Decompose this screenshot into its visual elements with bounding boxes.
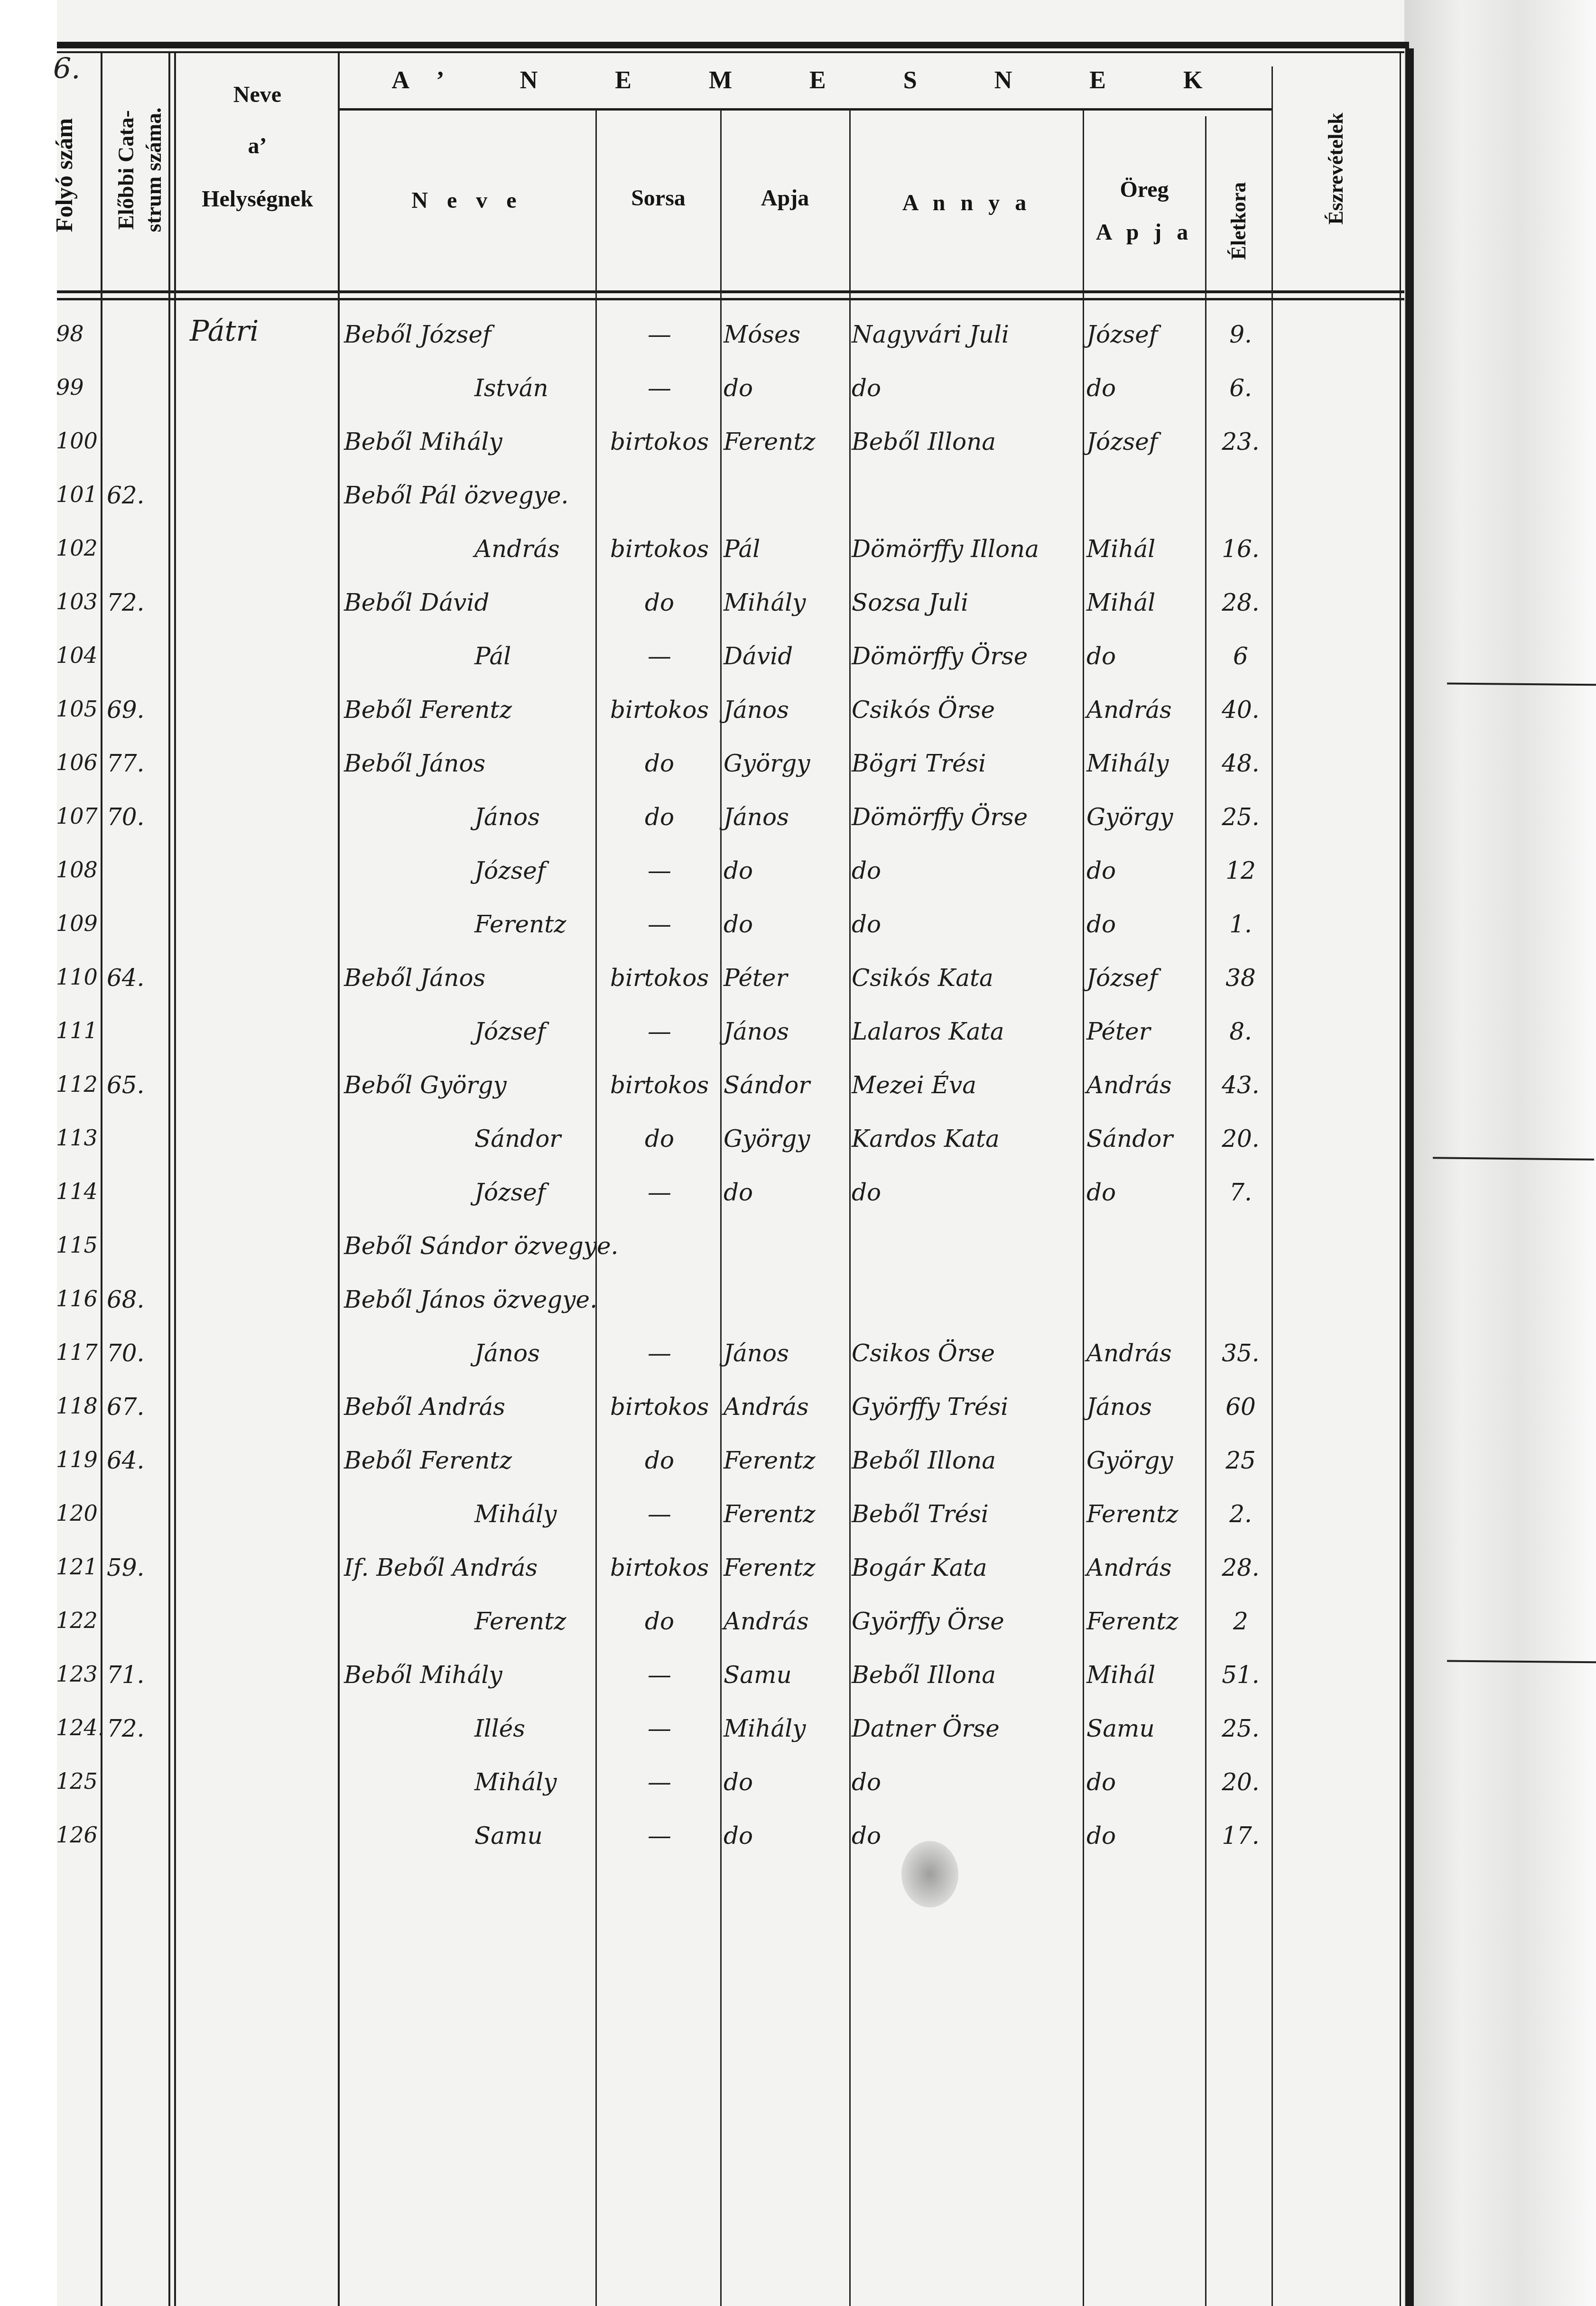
cell-annya: Beből Illona <box>852 1449 996 1472</box>
cell-apja: Samu <box>724 1663 792 1687</box>
cell-oreg-apja: György <box>1086 805 1173 829</box>
cell-oreg-apja: András <box>1086 1341 1172 1365</box>
cell-oreg-apja: János <box>1086 1395 1152 1419</box>
cell-eletkor: 6. <box>1212 376 1269 400</box>
cell-annya: Bögri Trési <box>852 752 986 775</box>
col-rule-folyo <box>101 53 102 2306</box>
cell-folyo-szam: 114 <box>56 1181 98 1202</box>
col-rule-sorsa <box>720 109 722 2306</box>
cell-annya: do <box>852 1770 881 1794</box>
cell-folyo-szam: 126 <box>56 1824 98 1846</box>
cell-annya: Csikós Örse <box>852 698 995 722</box>
cell-sorsa: do <box>600 1127 719 1151</box>
cell-catastrum: 77. <box>107 752 145 775</box>
cell-sorsa: do <box>600 1449 719 1472</box>
header-folyo-szam: Folyó szám <box>50 97 78 253</box>
cell-neve: Beből János <box>344 966 485 990</box>
cell-apja: János <box>724 805 789 829</box>
cell-eletkor: 25. <box>1212 805 1269 829</box>
header-eletkora: Életkora <box>1226 159 1251 283</box>
cell-folyo-szam: 109 <box>56 912 98 934</box>
col-rule-apja <box>849 109 851 2306</box>
cell-folyo-szam: 111 <box>56 1020 98 1041</box>
cell-neve: Beből Mihály <box>344 430 502 454</box>
cell-sorsa: — <box>600 1717 719 1740</box>
cell-sorsa: do <box>600 805 719 829</box>
cell-oreg-apja: Mihály <box>1086 752 1169 775</box>
cell-eletkor: 28. <box>1212 1556 1269 1580</box>
cell-catastrum: 70. <box>107 805 145 829</box>
cell-oreg-apja: Sándor <box>1086 1127 1173 1151</box>
cell-neve: Ferentz <box>474 912 566 936</box>
col-rule-neve <box>595 109 597 2306</box>
cell-eletkor: 20. <box>1212 1770 1269 1794</box>
page-number: 6. <box>53 52 80 85</box>
cell-sorsa: — <box>600 1181 719 1204</box>
cell-neve: Mihály <box>474 1770 557 1794</box>
cell-apja: Dávid <box>724 644 793 668</box>
cell-neve: Beből György <box>344 1073 507 1097</box>
cell-annya: Györffy Trési <box>852 1395 1008 1419</box>
cell-neve: Beből János özvegye. <box>344 1288 597 1311</box>
ink-smudge <box>901 1841 958 1907</box>
cell-annya: Györffy Örse <box>852 1609 1004 1633</box>
header-group-title: A’ N E M E S N E K <box>361 66 1262 94</box>
cell-apja: do <box>724 376 753 400</box>
header-helyseg-a: a’ <box>178 133 337 159</box>
cell-sorsa: birtokos <box>600 537 719 561</box>
cell-apja: do <box>724 859 753 883</box>
cell-eletkor: 51. <box>1212 1663 1269 1687</box>
cell-eletkor: 9. <box>1212 323 1269 346</box>
cell-folyo-szam: 102 <box>56 537 98 559</box>
cell-apja: Ferentz <box>724 1449 816 1472</box>
cell-sorsa: do <box>600 1609 719 1633</box>
frame-right-thin <box>1400 53 1401 2306</box>
cell-apja: János <box>724 1341 789 1365</box>
cell-sorsa: — <box>600 1824 719 1848</box>
cell-folyo-szam: 108 <box>56 859 98 881</box>
cell-neve: János <box>474 805 540 829</box>
cell-apja: Pál <box>724 537 760 561</box>
cell-sorsa: — <box>600 912 719 936</box>
cell-eletkor: 7. <box>1212 1181 1269 1204</box>
cell-sorsa: birtokos <box>600 966 719 990</box>
cell-sorsa: — <box>600 1770 719 1794</box>
cell-apja: do <box>724 912 753 936</box>
cell-sorsa: birtokos <box>600 1395 719 1419</box>
cell-annya: Lalaros Kata <box>852 1020 1004 1043</box>
cell-annya: Sozsa Juli <box>852 591 968 614</box>
cell-sorsa: — <box>600 376 719 400</box>
cell-folyo-szam: 124. <box>56 1717 104 1739</box>
cell-annya: Csikos Örse <box>852 1341 995 1365</box>
cell-apja: Ferentz <box>724 430 816 454</box>
cell-annya: Dömörffy Örse <box>852 805 1028 829</box>
cell-annya: Mezei Éva <box>852 1073 976 1097</box>
cell-eletkor: 60 <box>1212 1395 1269 1419</box>
cell-catastrum: 68. <box>107 1288 145 1311</box>
frame-right <box>1405 48 1414 2306</box>
cell-folyo-szam: 100 <box>56 430 98 452</box>
header-eszrevetelek: Észrevételek <box>1324 74 1348 264</box>
frame-top <box>57 42 1409 48</box>
cell-catastrum: 64. <box>107 1449 145 1472</box>
cell-sorsa: birtokos <box>600 1556 719 1580</box>
cell-apja: Ferentz <box>724 1556 816 1580</box>
cell-sorsa: do <box>600 591 719 614</box>
cell-neve: János <box>474 1341 540 1365</box>
header-oreg: Öreg <box>1085 177 1204 203</box>
cell-folyo-szam: 121 <box>56 1556 98 1578</box>
cell-apja: do <box>724 1181 753 1204</box>
cell-apja: András <box>724 1395 809 1419</box>
cell-neve: József <box>474 859 546 883</box>
cell-apja: Péter <box>724 966 788 990</box>
cell-folyo-szam: 99 <box>56 376 84 398</box>
header-sorsa: Sorsa <box>598 185 719 211</box>
cell-annya: Dömörffy Örse <box>852 644 1028 668</box>
cell-apja: András <box>724 1609 809 1633</box>
cell-folyo-szam: 115 <box>56 1234 98 1256</box>
cell-neve: Beből Mihály <box>344 1663 502 1687</box>
frame-top-thin <box>57 51 1404 53</box>
place-name: Pátri <box>190 317 259 345</box>
cell-eletkor: 25. <box>1212 1717 1269 1740</box>
cell-oreg-apja: András <box>1086 1073 1172 1097</box>
cell-oreg-apja: do <box>1086 859 1116 883</box>
cell-neve: Beből Ferentz <box>344 1449 512 1472</box>
cell-sorsa: — <box>600 859 719 883</box>
cell-apja: György <box>724 752 810 775</box>
cell-neve: István <box>474 376 548 400</box>
header-elobbi-line2: strum száma. <box>140 92 167 248</box>
cell-annya: do <box>852 859 881 883</box>
cell-neve: Beből Pál özvegye. <box>344 484 568 507</box>
cell-annya: Beből Trési <box>852 1502 989 1526</box>
cell-oreg-apja: Mihál <box>1086 537 1155 561</box>
cell-neve: Beből Ferentz <box>344 698 512 722</box>
cell-sorsa: — <box>600 323 719 346</box>
cell-catastrum: 67. <box>107 1395 145 1419</box>
cell-apja: Mihály <box>724 1717 806 1740</box>
cell-eletkor: 6 <box>1212 644 1269 668</box>
cell-oreg-apja: József <box>1086 430 1158 454</box>
cell-neve: József <box>474 1020 546 1043</box>
header-elobbi-catastrum: Előbbi Cata- strum száma. <box>112 92 167 248</box>
cell-oreg-apja: Ferentz <box>1086 1609 1178 1633</box>
cell-apja: Ferentz <box>724 1502 816 1526</box>
cell-sorsa: — <box>600 1341 719 1365</box>
header-bottom-rule <box>57 290 1404 293</box>
cell-folyo-szam: 98 <box>56 323 84 344</box>
cell-sorsa: — <box>600 1663 719 1687</box>
cell-neve: Beből Sándor özvegye. <box>344 1234 619 1258</box>
col-rule-helyseg <box>338 53 340 2306</box>
cell-annya: Csikós Kata <box>852 966 993 990</box>
cell-folyo-szam: 118 <box>56 1395 98 1417</box>
cell-folyo-szam: 110 <box>56 966 98 988</box>
cell-catastrum: 64. <box>107 966 145 990</box>
col-rule-oreg <box>1205 116 1206 2306</box>
cell-oreg-apja: András <box>1086 698 1172 722</box>
cell-oreg-apja: do <box>1086 1181 1116 1204</box>
cell-apja: János <box>724 1020 789 1043</box>
cell-neve: Illés <box>474 1717 525 1740</box>
cell-oreg-apja: Mihál <box>1086 591 1155 614</box>
cell-folyo-szam: 125 <box>56 1770 98 1792</box>
cell-catastrum: 65. <box>107 1073 145 1097</box>
col-rule-eletkor <box>1271 66 1273 2306</box>
cell-sorsa: — <box>600 644 719 668</box>
cell-eletkor: 12 <box>1212 859 1269 883</box>
cell-folyo-szam: 106 <box>56 752 98 773</box>
cell-neve: If. Beből András <box>344 1556 538 1580</box>
cell-apja: György <box>724 1127 810 1151</box>
group-title-rule <box>339 108 1271 111</box>
cell-oreg-apja: Péter <box>1086 1020 1151 1043</box>
cell-catastrum: 72. <box>107 1717 145 1740</box>
cell-folyo-szam: 117 <box>56 1341 98 1363</box>
cell-sorsa: birtokos <box>600 698 719 722</box>
cell-catastrum: 59. <box>107 1556 145 1580</box>
cell-sorsa: birtokos <box>600 430 719 454</box>
cell-oreg-apja: do <box>1086 1770 1116 1794</box>
cell-annya: Beből Illona <box>852 430 996 454</box>
cell-eletkor: 28. <box>1212 591 1269 614</box>
cell-eletkor: 23. <box>1212 430 1269 454</box>
cell-oreg-apja: József <box>1086 966 1158 990</box>
cell-sorsa: — <box>600 1502 719 1526</box>
header-apja: Apja <box>722 185 848 211</box>
cell-annya: Bogár Kata <box>852 1556 987 1580</box>
cell-neve: Sándor <box>474 1127 561 1151</box>
cell-oreg-apja: do <box>1086 1824 1116 1848</box>
cell-neve: Beből Dávid <box>344 591 489 614</box>
cell-folyo-szam: 107 <box>56 805 98 827</box>
cell-folyo-szam: 120 <box>56 1502 98 1524</box>
header-helyseg-neve: Neve <box>178 82 337 108</box>
cell-catastrum: 62. <box>107 484 145 507</box>
cell-catastrum: 70. <box>107 1341 145 1365</box>
cell-oreg-apja: József <box>1086 323 1158 346</box>
cell-eletkor: 40. <box>1212 698 1269 722</box>
cell-eletkor: 38 <box>1212 966 1269 990</box>
cell-apja: Mihály <box>724 591 806 614</box>
cell-oreg-apja: Samu <box>1086 1717 1155 1740</box>
cell-eletkor: 17. <box>1212 1824 1269 1848</box>
cell-eletkor: 25 <box>1212 1449 1269 1472</box>
cell-apja: Móses <box>724 323 800 346</box>
cell-annya: Dömörffy Illona <box>852 537 1039 561</box>
cell-neve: Beből József <box>344 323 492 346</box>
cell-eletkor: 20. <box>1212 1127 1269 1151</box>
cell-oreg-apja: András <box>1086 1556 1172 1580</box>
cell-folyo-szam: 103 <box>56 591 98 613</box>
cell-neve: Mihály <box>474 1502 557 1526</box>
cell-sorsa: — <box>600 1020 719 1043</box>
cell-eletkor: 35. <box>1212 1341 1269 1365</box>
cell-eletkor: 16. <box>1212 537 1269 561</box>
cell-eletkor: 2. <box>1212 1502 1269 1526</box>
cell-oreg-apja: Mihál <box>1086 1663 1155 1687</box>
cell-neve: Ferentz <box>474 1609 566 1633</box>
cell-neve: Beből János <box>344 752 485 775</box>
cell-annya: Beből Illona <box>852 1663 996 1687</box>
cell-sorsa: do <box>600 752 719 775</box>
cell-catastrum: 69. <box>107 698 145 722</box>
cell-neve: Samu <box>474 1824 543 1848</box>
header-oreg-apja: A p j a <box>1085 219 1204 245</box>
cell-catastrum: 72. <box>107 591 145 614</box>
cell-catastrum: 71. <box>107 1663 145 1687</box>
cell-neve: József <box>474 1181 546 1204</box>
col-rule-catastrum-b <box>174 53 176 2306</box>
cell-annya: do <box>852 376 881 400</box>
cell-apja: do <box>724 1770 753 1794</box>
cell-oreg-apja: György <box>1086 1449 1173 1472</box>
cell-neve: Pál <box>474 644 511 668</box>
cell-apja: do <box>724 1824 753 1848</box>
cell-folyo-szam: 101 <box>56 484 98 505</box>
cell-eletkor: 1. <box>1212 912 1269 936</box>
cell-annya: Nagyvári Juli <box>852 323 1009 346</box>
cell-folyo-szam: 123 <box>56 1663 98 1685</box>
cell-oreg-apja: do <box>1086 912 1116 936</box>
cell-eletkor: 2 <box>1212 1609 1269 1633</box>
page-edge <box>1404 0 1596 2306</box>
cell-apja: János <box>724 698 789 722</box>
cell-eletkor: 43. <box>1212 1073 1269 1097</box>
header-neve: N e v e <box>342 187 593 214</box>
cell-folyo-szam: 104 <box>56 644 98 666</box>
cell-folyo-szam: 105 <box>56 698 98 720</box>
header-elobbi-line1: Előbbi Cata- <box>112 92 140 248</box>
col-rule-catastrum-a <box>168 53 170 2306</box>
header-helyseg-helysegnek: Helységnek <box>176 186 339 212</box>
cell-folyo-szam: 112 <box>56 1073 98 1095</box>
cell-apja: Sándor <box>724 1073 810 1097</box>
cell-annya: do <box>852 912 881 936</box>
cell-eletkor: 8. <box>1212 1020 1269 1043</box>
cell-neve: András <box>474 537 560 561</box>
cell-annya: do <box>852 1181 881 1204</box>
header-bottom-rule-2 <box>57 298 1404 300</box>
header-annya: A n n y a <box>852 190 1082 216</box>
cell-annya: do <box>852 1824 881 1848</box>
cell-oreg-apja: Ferentz <box>1086 1502 1178 1526</box>
col-rule-annya <box>1083 109 1084 2306</box>
cell-annya: Datner Örse <box>852 1717 1000 1740</box>
cell-folyo-szam: 113 <box>56 1127 98 1149</box>
cell-folyo-szam: 119 <box>56 1449 98 1470</box>
cell-eletkor: 48. <box>1212 752 1269 775</box>
cell-sorsa: birtokos <box>600 1073 719 1097</box>
cell-annya: Kardos Kata <box>852 1127 1000 1151</box>
cell-folyo-szam: 116 <box>56 1288 98 1310</box>
cell-oreg-apja: do <box>1086 376 1116 400</box>
cell-neve: Beből András <box>344 1395 505 1419</box>
cell-folyo-szam: 122 <box>56 1609 98 1631</box>
cell-oreg-apja: do <box>1086 644 1116 668</box>
